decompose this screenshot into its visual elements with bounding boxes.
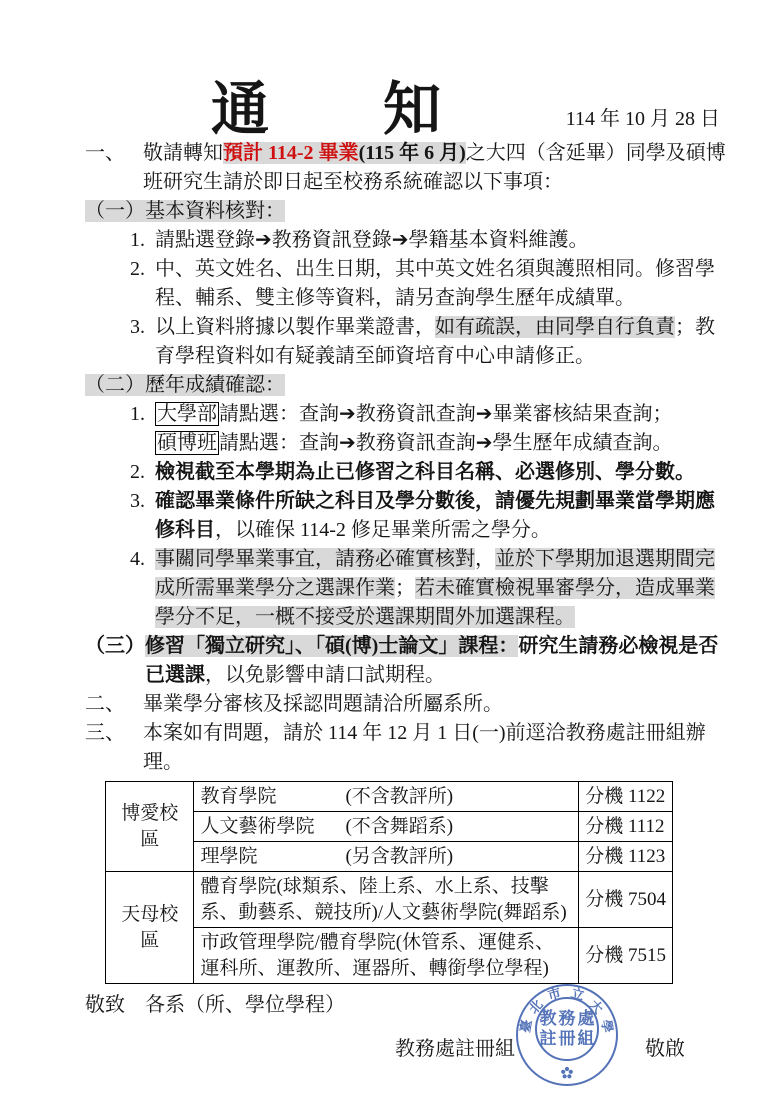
- college-cell: 理學院(另含教評所): [194, 842, 579, 872]
- highlighted-seg: 事關同學畢業事宜，請務必確實核對: [155, 548, 475, 570]
- undergrad-line: 大學部請點選：查詢➔教務資訊查詢➔畢業審核結果查詢；: [155, 400, 727, 429]
- addressee-line: 敬致 各系（所、學位學程）: [85, 991, 727, 1020]
- stamp-office-line2: 註冊組: [538, 1029, 597, 1049]
- college-cell: 教育學院(不含教評所): [194, 782, 579, 812]
- notice-document: 通 知 114 年 10 月 28 日 一、 敬請轉知預計 114-2 畢業(1…: [0, 0, 778, 1100]
- section-2-heading-text: （二）歷年成績確認：: [85, 374, 285, 396]
- section-1-item-1: 1. 請點選登錄➔教務資訊登錄➔學籍基本資料維護。: [130, 226, 727, 255]
- paragraph-2: 二、 畢業學分審核及採認問題請洽所屬系所。: [85, 690, 727, 719]
- section-2-item-3: 3. 確認畢業條件所缺之科目及學分數後，請優先規劃畢業當學期應修科目，以確保 1…: [130, 487, 727, 545]
- item-number: 3.: [130, 487, 155, 545]
- item-number: 2.: [130, 458, 155, 487]
- college-cell: 人文藝術學院(不含舞蹈系): [194, 812, 579, 842]
- stamp-office-line1: 教務處: [538, 1009, 597, 1029]
- paragraph-2-text: 畢業學分審核及採認問題請洽所屬系所。: [143, 690, 727, 719]
- item-text: 確認畢業條件所缺之科目及學分數後，請優先規劃畢業當學期應修科目，以確保 114-…: [155, 487, 727, 545]
- seg: 以上資料將據以製作畢業證書，: [155, 316, 435, 338]
- section-1-item-3: 3. 以上資料將據以製作畢業證書，如有疏誤，由同學自行負責；教育學程資料如有疑義…: [130, 313, 727, 371]
- closing-salutation: 敬啟: [645, 1032, 685, 1061]
- extension-contact-table: 博愛校區 教育學院(不含教評所) 分機 1122 人文藝術學院(不含舞蹈系) 分…: [105, 781, 673, 984]
- highlighted-bold-seg: 修習「獨立研究」、「碩(博)士論文」課程：: [145, 635, 518, 657]
- para1-bold-highlight: (115 年 6 月): [359, 142, 466, 164]
- registrar-office-stamp: 臺 北 市 立 大 學 教務處 註冊組: [516, 984, 620, 1088]
- extension-cell: 分機 1123: [579, 842, 673, 872]
- item-text: 請點選登錄➔教務資訊登錄➔學籍基本資料維護。: [155, 226, 727, 255]
- grad-boxed-label: 碩博班: [155, 431, 219, 455]
- paragraph-2-number: 二、: [85, 690, 143, 719]
- paragraph-1-text: 敬請轉知預計 114-2 畢業(115 年 6 月)之大四（含延畢）同學及碩博班…: [143, 139, 727, 197]
- item-text: 中、英文姓名、出生日期，其中英文姓名須與護照相同。修習學程、輔系、雙主修等資料，…: [155, 255, 727, 313]
- extension-cell: 分機 7504: [579, 872, 673, 928]
- table-row: 天母校區 體育學院(球類系、陸上系、水上系、技擊系、動藝系、競技所)/人文藝術學…: [106, 872, 673, 928]
- college-note: (另含教評所): [345, 846, 453, 867]
- stamp-inner-circle: 教務處 註冊組: [535, 997, 599, 1061]
- para1-red-highlight: 預計 114-2 畢業: [223, 142, 359, 164]
- seg: 請點選：查詢➔教務資訊查詢➔學生歷年成績查詢。: [219, 432, 673, 454]
- document-date: 114 年 10 月 28 日: [566, 102, 720, 131]
- section-1-heading-text: （一）基本資料核對：: [85, 200, 285, 222]
- grad-line: 碩博班請點選：查詢➔教務資訊查詢➔學生歷年成績查詢。: [155, 429, 727, 458]
- paragraph-1: 一、 敬請轉知預計 114-2 畢業(115 年 6 月)之大四（含延畢）同學及…: [85, 139, 727, 197]
- paragraph-3-number: 三、: [85, 719, 143, 777]
- section-2-heading: （二）歷年成績確認：: [85, 371, 727, 400]
- section-3: （三） 修習「獨立研究」、「碩(博)士論文」課程：研究生請務必檢視是否已選課，以…: [85, 632, 727, 690]
- para1-plain: 敬請轉知: [143, 142, 223, 164]
- seg: ，以確保 114-2 修足畢業所需之學分。: [215, 519, 551, 541]
- item-number: 3.: [130, 313, 155, 371]
- campus-cell: 博愛校區: [106, 782, 194, 872]
- seg: ，: [475, 548, 495, 570]
- paragraph-3-text: 本案如有問題，請於 114 年 12 月 1 日(一)前逕洽教務處註冊組辦理。: [143, 719, 727, 777]
- seg: ；: [395, 577, 415, 599]
- section-2-item-1: 1. 大學部請點選：查詢➔教務資訊查詢➔畢業審核結果查詢； 碩博班請點選：查詢➔…: [130, 400, 727, 458]
- college-name: 理學院: [200, 844, 345, 870]
- seg: ，以免影響申請口試期程。: [205, 664, 445, 686]
- highlighted-seg: 如有疏誤，由同學自行負責: [435, 316, 675, 338]
- extension-cell: 分機 1122: [579, 782, 673, 812]
- item-number: 1.: [130, 226, 155, 255]
- college-note: (不含舞蹈系): [345, 816, 453, 837]
- stamp-emblem-icon: [560, 1066, 574, 1080]
- item-number: 4.: [130, 545, 155, 632]
- item-text: 事關同學畢業事宜，請務必確實核對，並於下學期加退選期間完成所需畢業學分之選課作業…: [155, 545, 727, 632]
- item-text: 大學部請點選：查詢➔教務資訊查詢➔畢業審核結果查詢； 碩博班請點選：查詢➔教務資…: [155, 400, 727, 458]
- extension-cell: 分機 1112: [579, 812, 673, 842]
- college-name: 人文藝術學院: [200, 814, 345, 840]
- college-name: 教育學院: [200, 784, 345, 810]
- item-text: 檢視截至本學期為止已修習之科目名稱、必選修別、學分數。: [155, 458, 727, 487]
- college-cell: 體育學院(球類系、陸上系、水上系、技擊系、動藝系、競技所)/人文藝術學院(舞蹈系…: [194, 872, 579, 928]
- college-note: (不含教評所): [345, 786, 453, 807]
- seg: 請點選：查詢➔教務資訊查詢➔畢業審核結果查詢；: [219, 403, 673, 425]
- campus-cell: 天母校區: [106, 872, 194, 984]
- extension-cell: 分機 7515: [579, 928, 673, 984]
- item-number: 2.: [130, 255, 155, 313]
- item-number: 1.: [130, 400, 155, 458]
- section-1-heading: （一）基本資料核對：: [85, 197, 727, 226]
- item-text: 以上資料將據以製作畢業證書，如有疏誤，由同學自行負責；教育學程資料如有疑義請至師…: [155, 313, 727, 371]
- page-title: 通 知: [170, 62, 510, 146]
- issuing-office: 教務處註冊組: [395, 1032, 515, 1061]
- table-row: 博愛校區 教育學院(不含教評所) 分機 1122: [106, 782, 673, 812]
- college-cell: 市政管理學院/體育學院(休管系、運健系、運科所、運教所、運器所、轉銜學位學程): [194, 928, 579, 984]
- section-2-item-4: 4. 事關同學畢業事宜，請務必確實核對，並於下學期加退選期間完成所需畢業學分之選…: [130, 545, 727, 632]
- section-3-text: 修習「獨立研究」、「碩(博)士論文」課程：研究生請務必檢視是否已選課，以免影響申…: [145, 632, 727, 690]
- paragraph-3: 三、 本案如有問題，請於 114 年 12 月 1 日(一)前逕洽教務處註冊組辦…: [85, 719, 727, 777]
- undergrad-boxed-label: 大學部: [155, 402, 219, 426]
- document-body: 一、 敬請轉知預計 114-2 畢業(115 年 6 月)之大四（含延畢）同學及…: [85, 139, 727, 1020]
- section-1-item-2: 2. 中、英文姓名、出生日期，其中英文姓名須與護照相同。修習學程、輔系、雙主修等…: [130, 255, 727, 313]
- section-2-item-2: 2. 檢視截至本學期為止已修習之科目名稱、必選修別、學分數。: [130, 458, 727, 487]
- section-2-items: 1. 大學部請點選：查詢➔教務資訊查詢➔畢業審核結果查詢； 碩博班請點選：查詢➔…: [130, 400, 727, 632]
- section-3-number: （三）: [85, 632, 145, 690]
- section-1-items: 1. 請點選登錄➔教務資訊登錄➔學籍基本資料維護。 2. 中、英文姓名、出生日期…: [130, 226, 727, 371]
- paragraph-1-number: 一、: [85, 139, 143, 197]
